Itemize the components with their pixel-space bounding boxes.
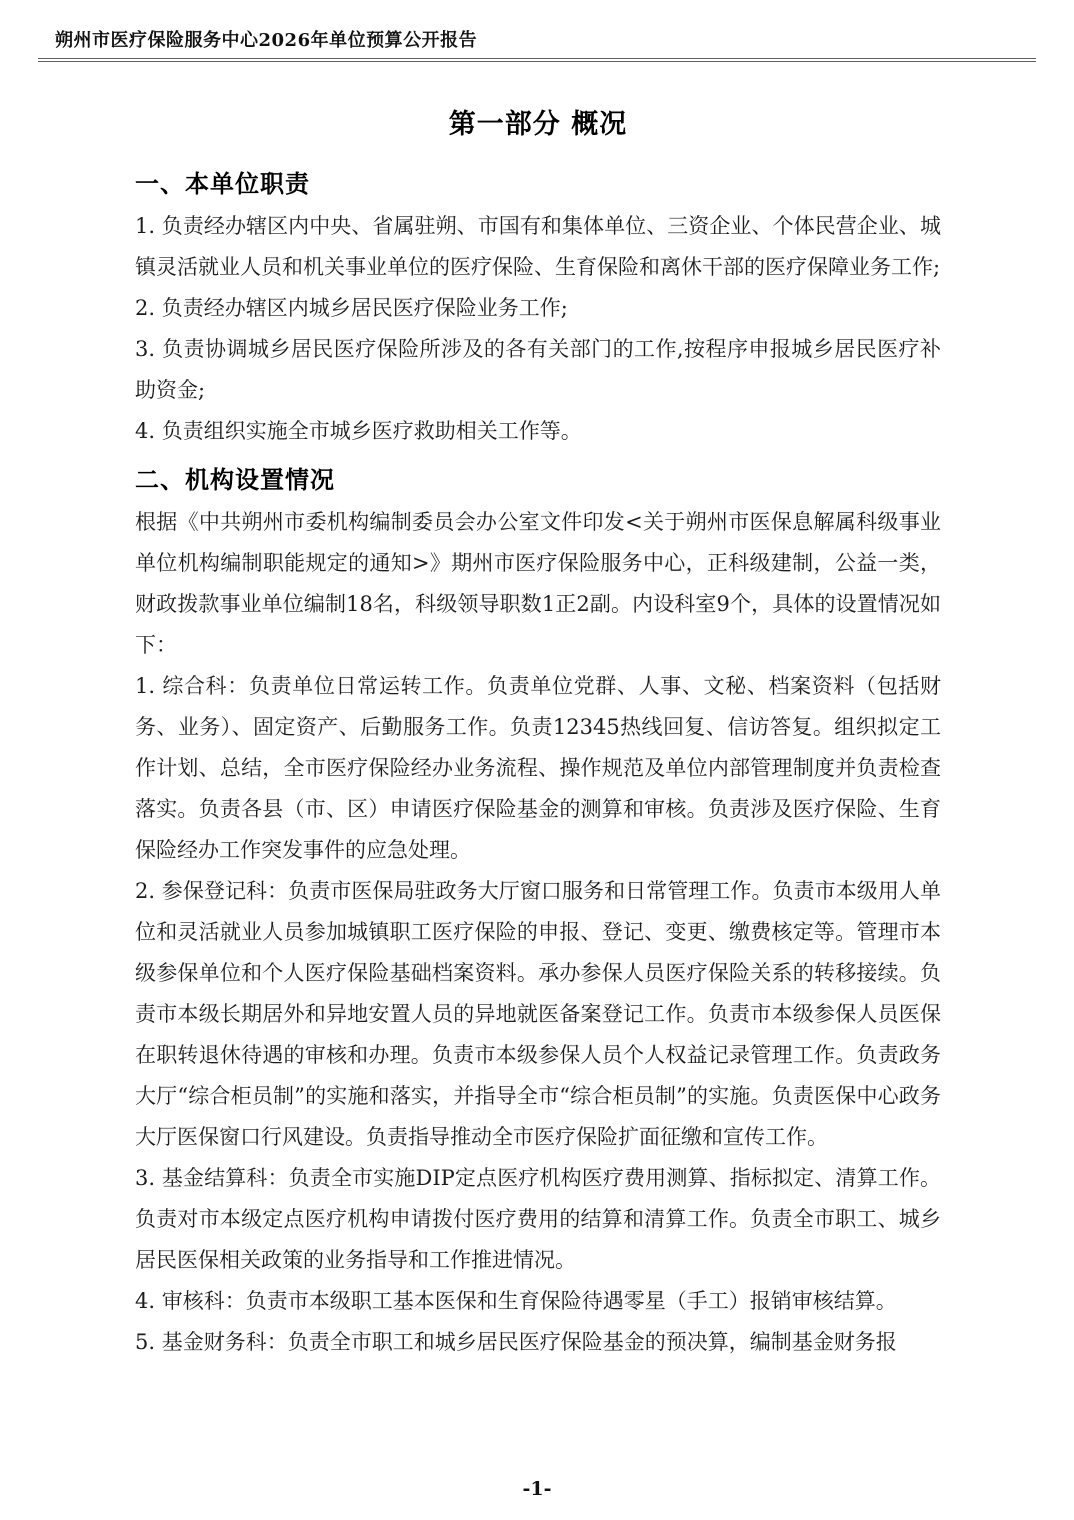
document-body: 第一部分 概况 一、本单位职责 1. 负责经办辖区内中央、省属驻朔、市国有和集体… — [135, 106, 941, 1363]
page-footer: -1- — [0, 1478, 1074, 1500]
page-header: 朔州市医疗保险服务中心2026年单位预算公开报告 — [38, 26, 1036, 62]
paragraph-duty-1: 1. 负责经办辖区内中央、省属驻朔、市国有和集体单位、三资企业、个体民营企业、城… — [135, 206, 941, 288]
document-page: 朔州市医疗保险服务中心2026年单位预算公开报告 第一部分 概况 一、本单位职责… — [0, 0, 1074, 1520]
header-title: 朔州市医疗保险服务中心2026年单位预算公开报告 — [55, 26, 1036, 52]
paragraph-dept-registration: 2. 参保登记科：负责市医保局驻政务大厅窗口服务和日常管理工作。负责市本级用人单… — [135, 871, 941, 1158]
page-number: -1- — [523, 1478, 552, 1500]
header-rule — [38, 58, 1036, 62]
paragraph-org-intro: 根据《中共朔州市委机构编制委员会办公室文件印发<关于朔州市医保息解属科级事业单位… — [135, 502, 941, 666]
section-heading-organization: 二、机构设置情况 — [135, 464, 941, 496]
document-title: 第一部分 概况 — [135, 106, 941, 144]
paragraph-duty-4: 4. 负责组织实施全市城乡医疗救助相关工作等。 — [135, 411, 941, 452]
paragraph-duty-2: 2. 负责经办辖区内城乡居民医疗保险业务工作; — [135, 288, 941, 329]
paragraph-dept-fund-settlement: 3. 基金结算科：负责全市实施DIP定点医疗机构医疗费用测算、指标拟定、清算工作… — [135, 1158, 941, 1281]
paragraph-duty-3: 3. 负责协调城乡居民医疗保险所涉及的各有关部门的工作,按程序申报城乡居民医疗补… — [135, 329, 941, 411]
paragraph-dept-audit: 4. 审核科：负责市本级职工基本医保和生育保险待遇零星（手工）报销审核结算。 — [135, 1281, 941, 1322]
paragraph-dept-general-office: 1. 综合科：负责单位日常运转工作。负责单位党群、人事、文秘、档案资料（包括财务… — [135, 666, 941, 871]
section-heading-duties: 一、本单位职责 — [135, 168, 941, 200]
paragraph-dept-fund-finance: 5. 基金财务科：负责全市职工和城乡居民医疗保险基金的预决算，编制基金财务报 — [135, 1322, 941, 1363]
